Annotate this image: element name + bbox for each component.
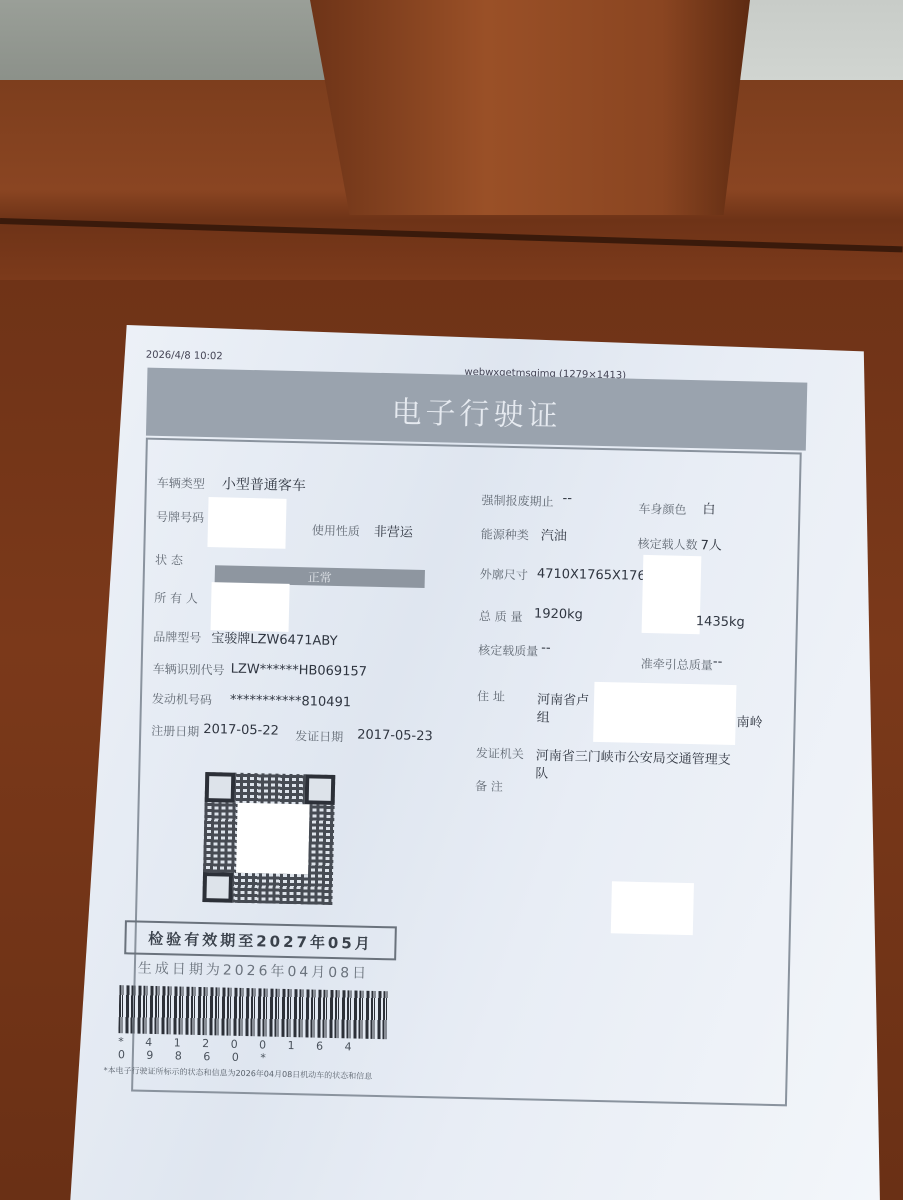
wooden-post [310, 0, 750, 215]
label-usage: 使用性质 [312, 521, 360, 539]
value-address-line2: 组 [536, 707, 549, 726]
validity-box: 检验有效期至2027年05月 [124, 920, 397, 960]
label-rated-load: 核定载质量 [478, 641, 538, 659]
label-issuing-authority: 发证机关 [476, 744, 524, 762]
label-vehicle-type: 车辆类型 [157, 474, 205, 492]
label-plate-number: 号牌号码 [156, 508, 204, 526]
value-vehicle-type: 小型普通客车 [222, 473, 306, 495]
value-brand-model: 宝骏牌LZW6471ABY [211, 627, 338, 649]
value-usage: 非营运 [374, 521, 413, 541]
value-fuel-type: 汽油 [541, 525, 567, 545]
label-registration-date: 注册日期 [151, 722, 199, 740]
value-rated-load: -- [541, 641, 551, 656]
label-issue-date: 发证日期 [295, 727, 343, 745]
label-towing-mass: 准牵引总质量 [641, 655, 713, 674]
value-gross-mass: 1920kg [534, 606, 583, 622]
qr-finder-pattern [202, 872, 233, 903]
print-timestamp: 2026/4/8 10:02 [146, 350, 223, 363]
value-towing-mass: -- [713, 655, 723, 670]
label-remarks: 备 注 [475, 777, 503, 795]
redacted-plate-number [207, 497, 286, 549]
label-brand-model: 品牌型号 [153, 628, 201, 646]
label-owner: 所 有 人 [154, 589, 198, 607]
title-banner: 电子行驶证 [146, 368, 807, 451]
label-gross-mass: 总 质 量 [479, 607, 523, 625]
value-seating: 7人 [700, 534, 722, 553]
value-curb-mass: 1435kg [696, 614, 745, 630]
barcode [118, 985, 389, 1039]
label-seating: 核定载人数 [637, 535, 697, 553]
redacted-qr-center [236, 803, 310, 875]
redacted-stamp [611, 881, 694, 935]
value-issuing-authority-line2: 队 [535, 763, 548, 782]
validity-text: 检验有效期至2027年05月 [126, 927, 394, 954]
value-registration-date: 2017-05-22 [203, 722, 279, 739]
value-body-color: 白 [702, 498, 715, 517]
label-fuel-type: 能源种类 [481, 525, 529, 543]
electronic-driving-license: 2026/4/8 10:02 webwxgetmsgimg (1279×1413… [102, 345, 810, 1140]
label-address: 住 址 [477, 687, 505, 705]
redacted-address [593, 682, 736, 745]
label-dimensions: 外廓尺寸 [480, 565, 528, 583]
document-title: 电子行驶证 [146, 382, 807, 441]
qr-finder-pattern [305, 774, 336, 805]
label-scrap-date: 强制报废期止 [481, 491, 553, 510]
qr-finder-pattern [205, 772, 236, 803]
label-vin: 车辆识别代号 [152, 660, 224, 679]
label-body-color: 车身颜色 [638, 500, 686, 518]
value-engine-number: ***********810491 [230, 693, 351, 711]
redacted-dimension-area [642, 555, 702, 634]
value-issue-date: 2017-05-23 [357, 727, 433, 744]
value-address: 河南省卢 [537, 689, 589, 709]
wall-background [0, 0, 330, 90]
value-dimensions: 4710X1765X1760 [537, 567, 654, 585]
value-vin: LZW******HB069157 [231, 662, 368, 680]
label-status: 状 态 [155, 551, 183, 569]
value-address-tail: 南岭 [736, 711, 762, 731]
redacted-owner [211, 582, 290, 632]
value-scrap-date: -- [562, 491, 572, 506]
label-engine-number: 发动机号码 [152, 690, 212, 708]
